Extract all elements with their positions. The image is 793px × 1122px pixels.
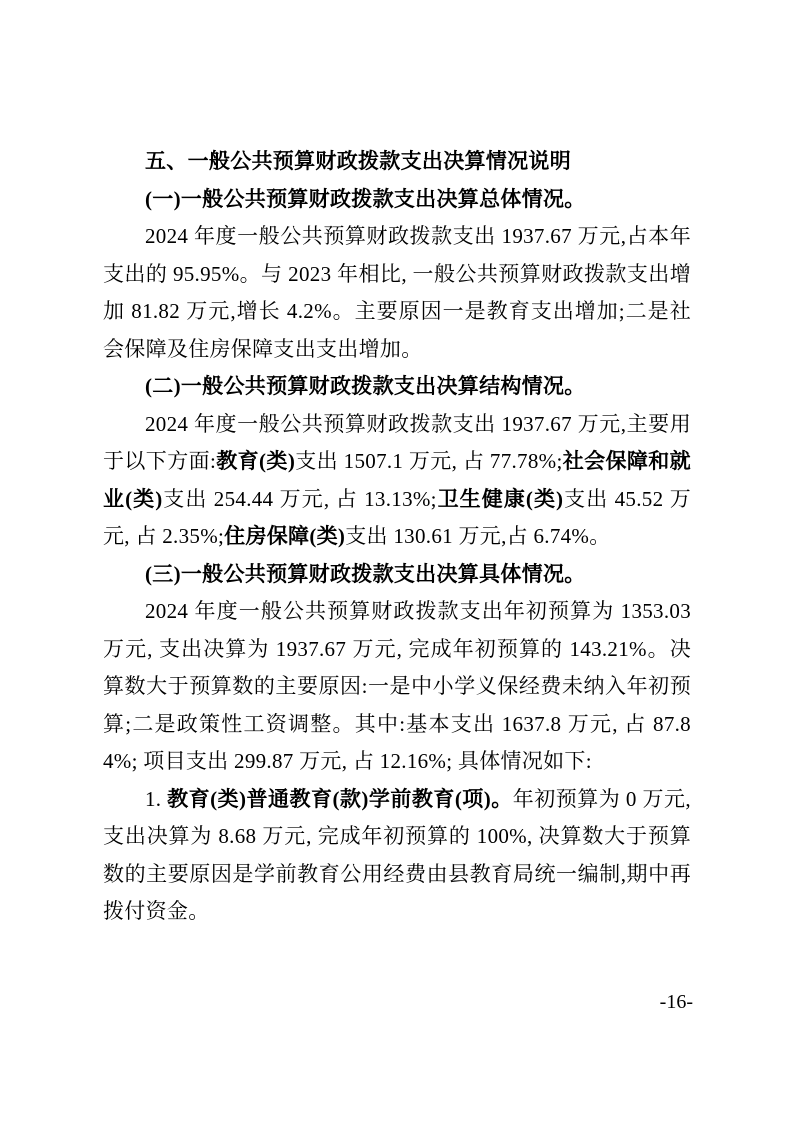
subsection-heading-1: (一)一般公共预算财政拨款支出决算总体情况。: [103, 181, 691, 219]
item-number: 1.: [145, 787, 167, 811]
paragraph-text: 2024 年度一般公共预算财政拨款支出年初预算为 1353.03 万元, 支出决…: [103, 599, 691, 773]
paragraph-item-1-preschool: 1. 教育(类)普通教育(款)学前教育(项)。年初预算为 0 万元,支出决算为 …: [103, 781, 691, 931]
subsection-heading-3: (三)一般公共预算财政拨款支出决算具体情况。: [103, 556, 691, 594]
item-1-title: 教育(类)普通教育(款)学前教育(项)。: [167, 787, 513, 811]
category-education: 教育(类): [216, 449, 295, 473]
paragraph-specific-situation: 2024 年度一般公共预算财政拨款支出年初预算为 1353.03 万元, 支出决…: [103, 593, 691, 781]
document-page: 五、一般公共预算财政拨款支出决算情况说明 (一)一般公共预算财政拨款支出决算总体…: [0, 0, 793, 1122]
paragraph-text: 支出 130.61 万元,占 6.74%。: [345, 524, 610, 548]
page-number: -16-: [660, 990, 693, 1014]
document-content: 五、一般公共预算财政拨款支出决算情况说明 (一)一般公共预算财政拨款支出决算总体…: [103, 143, 691, 931]
main-section-heading-text: 五、一般公共预算财政拨款支出决算情况说明: [145, 149, 571, 173]
category-health: 卫生健康(类): [437, 487, 564, 511]
paragraph-overall-situation: 2024 年度一般公共预算财政拨款支出 1937.67 万元,占本年支出的 95…: [103, 218, 691, 368]
paragraph-text: 支出 254.44 万元, 占 13.13%;: [163, 487, 437, 511]
subsection-heading-3-text: (三)一般公共预算财政拨款支出决算具体情况。: [145, 562, 586, 586]
subsection-heading-1-text: (一)一般公共预算财政拨款支出决算总体情况。: [145, 187, 586, 211]
subsection-heading-2: (二)一般公共预算财政拨款支出决算结构情况。: [103, 368, 691, 406]
paragraph-text: 支出 1507.1 万元, 占 77.78%;: [295, 449, 562, 473]
main-section-heading: 五、一般公共预算财政拨款支出决算情况说明: [103, 143, 691, 181]
paragraph-text: 2024 年度一般公共预算财政拨款支出 1937.67 万元,占本年支出的 95…: [103, 224, 691, 361]
subsection-heading-2-text: (二)一般公共预算财政拨款支出决算结构情况。: [145, 374, 586, 398]
paragraph-structure-breakdown: 2024 年度一般公共预算财政拨款支出 1937.67 万元,主要用于以下方面:…: [103, 406, 691, 556]
category-housing: 住房保障(类): [224, 524, 345, 548]
